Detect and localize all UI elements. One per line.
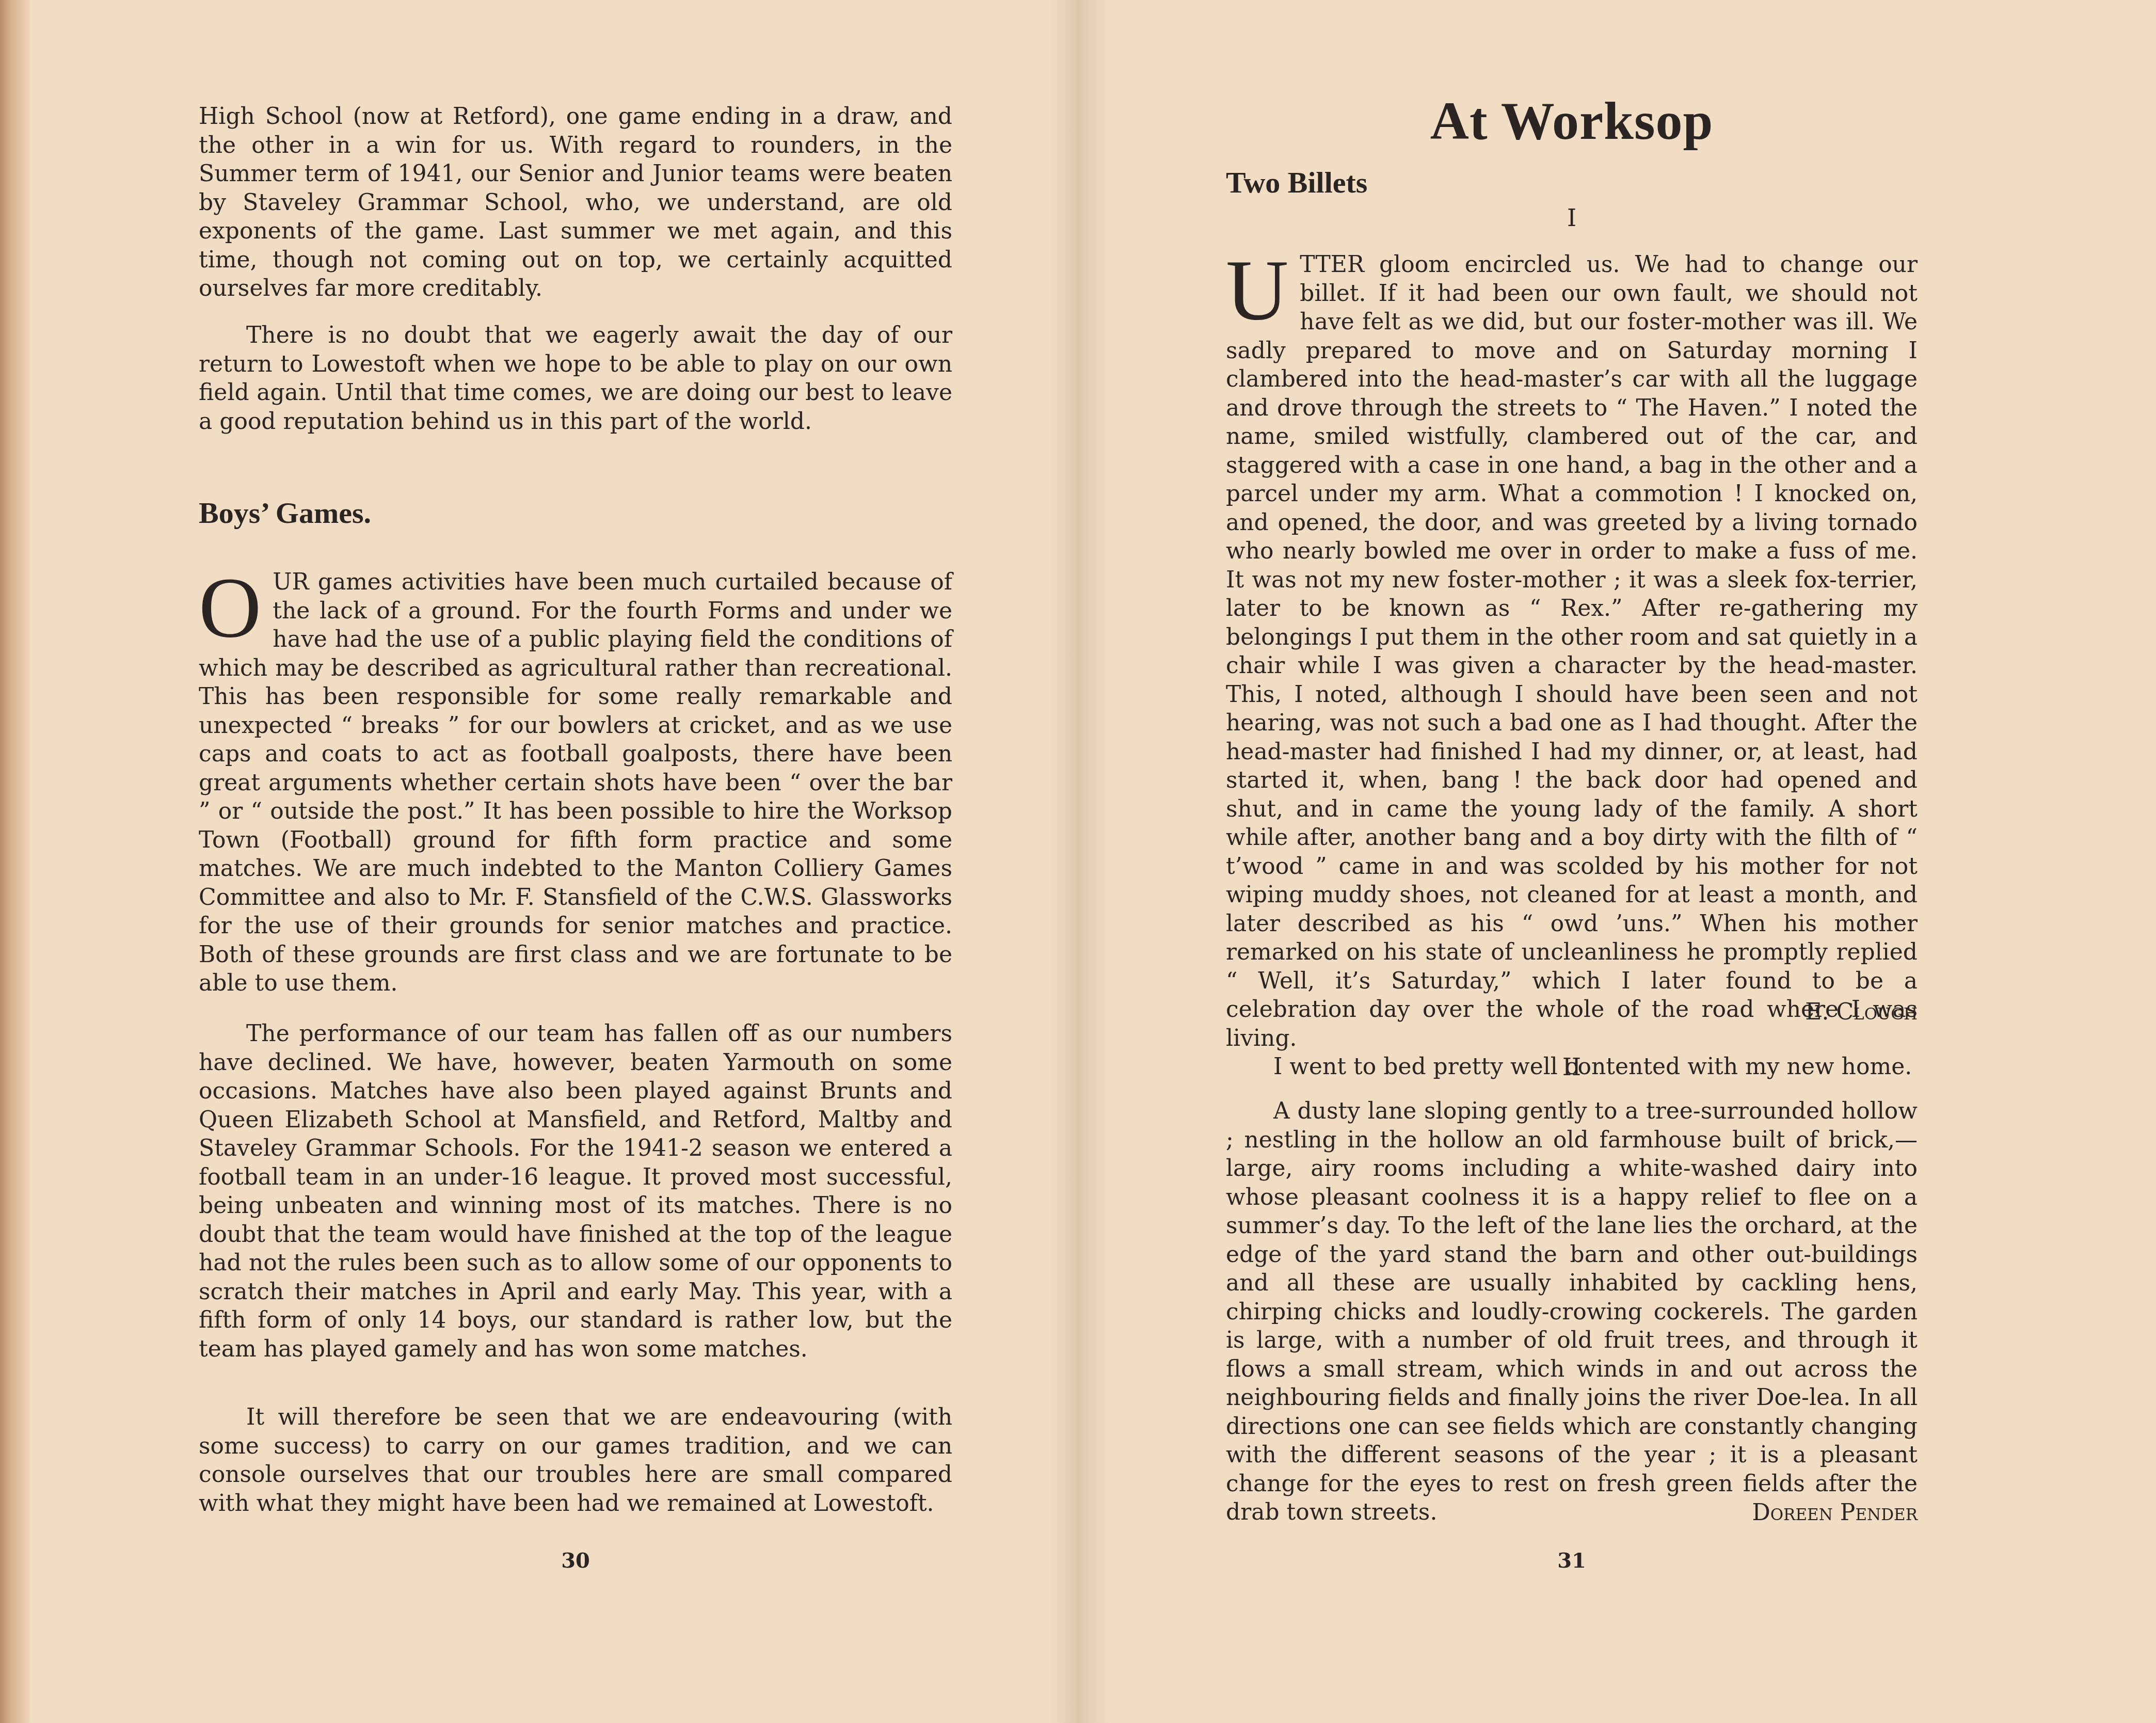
paragraph-performance: The performance of our team has fallen o… xyxy=(199,1019,952,1363)
conclusion-block: It will therefore be seen that we are en… xyxy=(199,1403,952,1518)
continuation-block: High School (now at Retford), one game e… xyxy=(199,102,952,303)
page-number: 31 xyxy=(1226,1549,1918,1573)
paragraph-billet-two: A dusty lane sloping gently to a tree-su… xyxy=(1226,1097,1918,1527)
section-numeral-two: II xyxy=(1226,1053,1918,1081)
left-page: High School (now at Retford), one game e… xyxy=(199,0,952,1723)
games-block: O UR games activities have been much cur… xyxy=(199,568,952,998)
section-numeral-one: I xyxy=(1226,204,1918,232)
paragraph-billet-one: TTER gloom encircled us. We had to chang… xyxy=(1226,250,1918,1052)
book-edge xyxy=(0,0,31,1723)
performance-block: The performance of our team has fallen o… xyxy=(199,1019,952,1363)
paragraph-conclusion: It will therefore be seen that we are en… xyxy=(199,1403,952,1518)
page-number: 30 xyxy=(199,1549,952,1573)
paragraph-games: UR games activities have been much curta… xyxy=(199,568,952,998)
book-gutter xyxy=(1048,0,1110,1723)
author-signature: Doreen Pender xyxy=(1752,1499,1918,1526)
dropcap-u: U xyxy=(1226,256,1288,325)
return-block: There is no doubt that we eagerly await … xyxy=(199,321,952,436)
billet-two-block: A dusty lane sloping gently to a tree-su… xyxy=(1226,1097,1918,1527)
paragraph-continuation: High School (now at Retford), one game e… xyxy=(199,102,952,303)
book-spread: High School (now at Retford), one game e… xyxy=(0,0,2156,1723)
billet-one-block: U TTER gloom encircled us. We had to cha… xyxy=(1226,250,1918,1081)
article-title: Two Billets xyxy=(1226,165,1367,200)
dropcap-o: O xyxy=(199,573,261,643)
page-title: At Worksop xyxy=(1226,90,1918,152)
section-title-boys-games: Boys’ Games. xyxy=(199,496,371,530)
paragraph-return: There is no doubt that we eagerly await … xyxy=(199,321,952,436)
author-signature: E. Clough xyxy=(1805,999,1918,1025)
right-page: At Worksop Two Billets I U TTER gloom en… xyxy=(1226,0,1918,1723)
